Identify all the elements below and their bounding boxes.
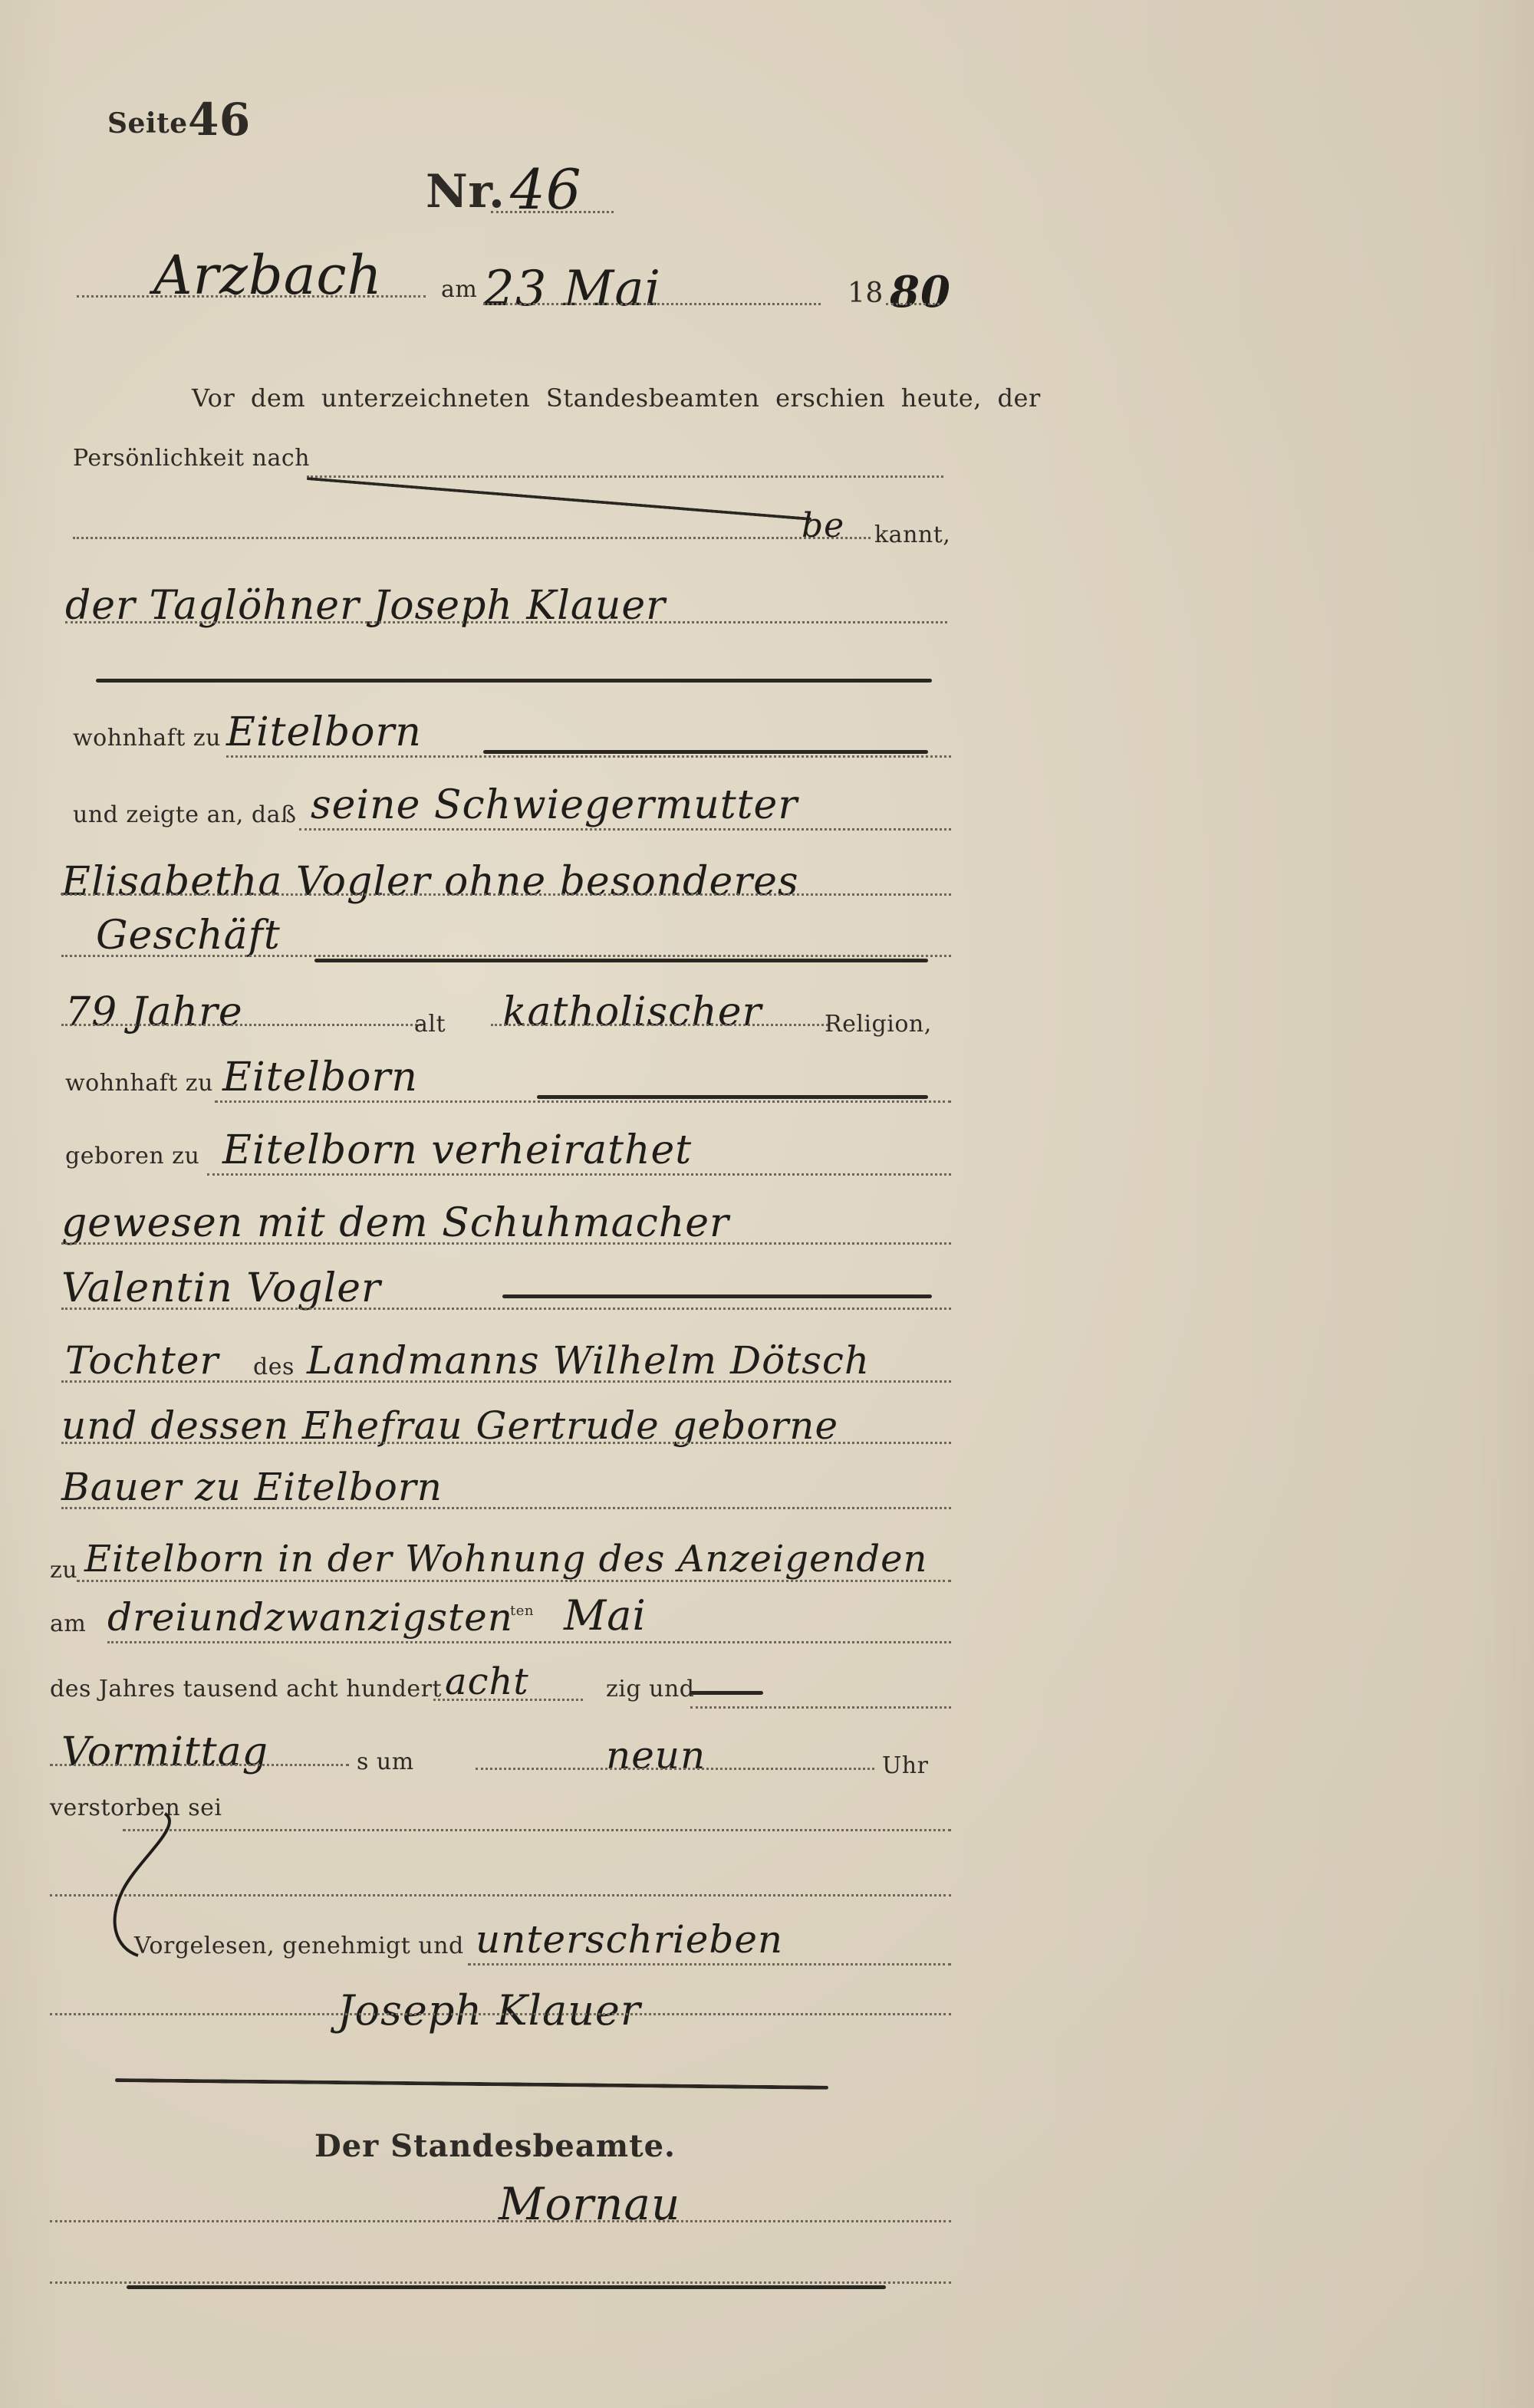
occupation-rule xyxy=(314,959,928,962)
birth-line-3 xyxy=(61,1308,951,1310)
bekannt-prefix: be xyxy=(802,506,844,545)
hour-value: neun xyxy=(606,1733,706,1778)
persoenlichkeit-label: Persönlichkeit nach xyxy=(73,445,310,472)
zig-und-label: zig und xyxy=(606,1676,695,1702)
residence-line xyxy=(226,755,951,758)
page-label: Seite xyxy=(107,107,188,140)
father-name: Landmanns Wilhelm Dötsch xyxy=(307,1338,870,1383)
zeigte-line xyxy=(299,828,951,831)
s-um-label: s um xyxy=(357,1748,414,1775)
date-prefix: am xyxy=(441,276,477,303)
daytime-line xyxy=(50,1764,349,1766)
deceased-occupation: Geschäft xyxy=(96,913,281,959)
alt-label: alt xyxy=(414,1011,446,1038)
wohnhaft-label: wohnhaft zu xyxy=(73,725,221,752)
des-label: des xyxy=(253,1354,295,1380)
death-day: dreiundzwanzigsten xyxy=(107,1595,513,1640)
page-number: 46 xyxy=(188,94,251,146)
registrar-line xyxy=(50,2220,951,2222)
deceased-residence: Eitelborn xyxy=(222,1054,418,1100)
wohnhaft-label-2: wohnhaft zu xyxy=(65,1070,213,1097)
decade-value: acht xyxy=(445,1660,529,1703)
zu-label: zu xyxy=(50,1557,77,1584)
place-value: Arzbach xyxy=(153,244,383,307)
age-line xyxy=(61,1024,422,1026)
bekannt-suffix: kannt, xyxy=(874,521,950,548)
year-text-label: des Jahres tausend acht hundert xyxy=(50,1676,442,1702)
deceased-relation: seine Schwiegermutter xyxy=(311,782,798,828)
geboren-label: geboren zu xyxy=(65,1143,199,1169)
parents-line-1 xyxy=(61,1380,951,1383)
informant-line xyxy=(65,621,947,623)
signature-rule xyxy=(115,2078,828,2090)
year-printed: 18 xyxy=(848,278,884,309)
occupation-line xyxy=(61,955,951,957)
informant-signature: Joseph Klauer xyxy=(337,1986,641,2035)
verstorben-line-2 xyxy=(50,1894,951,1896)
year-handwritten: 80 xyxy=(890,267,951,317)
informant-rule xyxy=(96,679,932,683)
uhr-label: Uhr xyxy=(882,1752,928,1779)
decade-line xyxy=(433,1699,583,1701)
informant-residence: Eitelborn xyxy=(226,709,422,755)
persoenlichkeit-line xyxy=(307,475,943,478)
death-month: Mai xyxy=(564,1591,647,1640)
deceased-residence-rule xyxy=(537,1095,928,1099)
bekannt-line xyxy=(73,537,871,539)
mother-origin: Bauer zu Eitelborn xyxy=(61,1465,443,1509)
religion-value: katholischer xyxy=(502,989,762,1035)
signature-line xyxy=(50,2013,951,2015)
birth-place: Eitelborn verheirathet xyxy=(222,1127,692,1173)
birth-line-2 xyxy=(61,1242,951,1245)
religion-line xyxy=(491,1024,828,1026)
strike-through-line xyxy=(307,477,811,521)
document-page: Seite 46 Nr. 46 Arzbach am 23 Mai 18 80 … xyxy=(0,0,1534,2408)
death-place-line xyxy=(77,1580,951,1582)
registrar-title: Der Standesbeamte. xyxy=(314,2128,676,2164)
verstorben-line-1 xyxy=(123,1829,951,1831)
residence-rule xyxy=(483,750,928,754)
year-unit-rule xyxy=(690,1691,763,1695)
year-line xyxy=(886,303,940,305)
date-line xyxy=(483,303,821,305)
entry-dotted-line xyxy=(491,211,614,213)
age-value: 79 Jahre xyxy=(65,989,243,1035)
intro-text: Vor dem unterzeichneten Standesbeamten e… xyxy=(192,383,1041,413)
vorgelesen-value: unterschrieben xyxy=(476,1917,783,1962)
daughter-of: Tochter xyxy=(65,1338,219,1383)
hour-line xyxy=(476,1768,874,1770)
deceased-name-line xyxy=(61,893,951,896)
vorgelesen-label: Vorgelesen, genehmigt und xyxy=(134,1933,464,1959)
death-date-line xyxy=(107,1641,951,1643)
bottom-rule xyxy=(127,2285,886,2289)
daytime-value: Vormittag xyxy=(61,1729,268,1775)
date-value: 23 Mai xyxy=(483,261,661,317)
spouse-rule xyxy=(502,1294,932,1298)
bottom-line xyxy=(50,2281,951,2284)
am-label: am xyxy=(50,1610,86,1637)
deceased-residence-line xyxy=(215,1100,951,1103)
death-place: Eitelborn in der Wohnung des Anzeigenden xyxy=(84,1538,927,1581)
death-day-suffix: ten xyxy=(510,1603,534,1619)
spouse-name: Valentin Vogler xyxy=(61,1265,381,1311)
parents-line-3 xyxy=(61,1507,951,1509)
deceased-name: Elisabetha Vogler ohne besonderes xyxy=(61,859,799,905)
birth-line-1 xyxy=(207,1173,951,1176)
married-to: gewesen mit dem Schuhmacher xyxy=(61,1200,729,1246)
religion-label: Religion, xyxy=(825,1011,932,1038)
zeigte-label: und zeigte an, daß xyxy=(73,801,297,828)
parents-line-2 xyxy=(61,1442,951,1444)
year-unit-line xyxy=(690,1706,951,1709)
vorgelesen-line xyxy=(468,1963,951,1966)
